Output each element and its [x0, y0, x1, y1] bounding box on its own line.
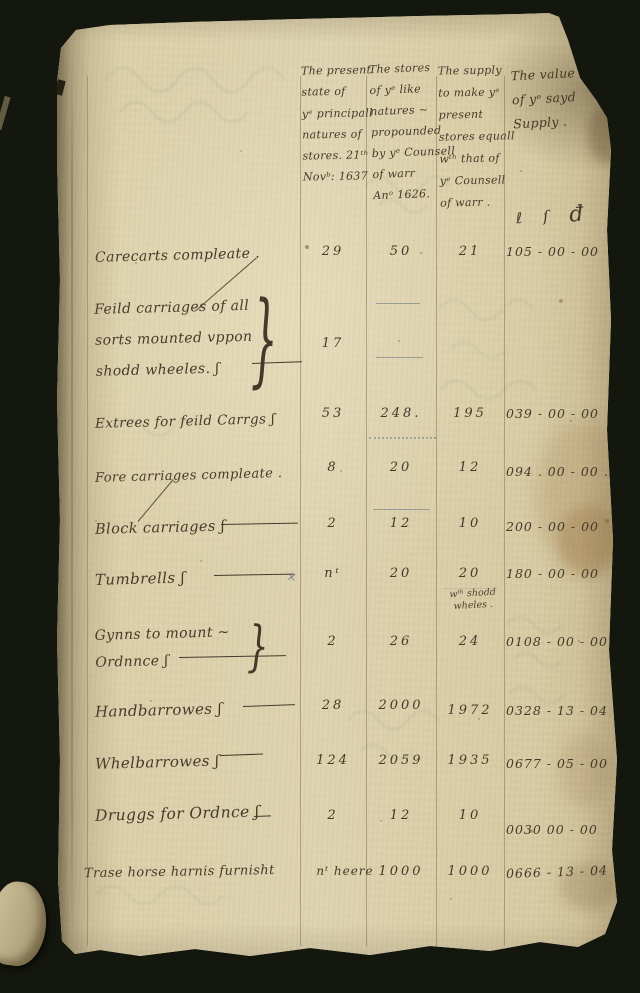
money-units: ℓ ſ đ — [515, 202, 584, 232]
facing-page-sliver — [0, 96, 11, 130]
table-row-trase-horse-harnis: Trase horse harnis furnisht nᵗ heere 100… — [0, 856, 640, 916]
header-line: yᵉ Counsell — [440, 169, 506, 192]
cell-stores-1626: 20 — [366, 460, 436, 475]
row-item-label: Fore carriages compleate . — [95, 457, 314, 494]
item-line: Handbarrowes ʃ — [95, 691, 314, 728]
shillings-symbol: ſ — [542, 207, 549, 225]
pence-symbol: đ — [568, 202, 584, 228]
header-line: Supply . — [513, 108, 606, 137]
manuscript-page: The present state of yᵉ principall natur… — [0, 0, 640, 993]
bleed-through-mark — [100, 50, 330, 134]
cell-stores-1626: 248. — [366, 406, 436, 421]
header-line: The supply — [438, 59, 504, 82]
pencil-dash — [443, 588, 499, 589]
cell-value: 0108 - 00 - 00 — [506, 634, 624, 649]
facing-page-corner — [0, 879, 51, 969]
cell-stores-1626: 2059 — [366, 753, 436, 768]
cell-value: 0677 - 05 - 00 — [506, 756, 624, 771]
table-row-gynns: Gynns to mount ~ Ordnnce ʃ 2 26 24 0108 … — [0, 620, 640, 700]
pencil-dash — [373, 509, 430, 510]
table-row-whelbarrowes: Whelbarrowes ʃ 124 2059 1935 0677 - 05 -… — [0, 746, 640, 806]
header-line: The stores — [368, 57, 435, 80]
item-line: Tumbrells ʃ — [95, 559, 314, 596]
cell-present-state: 8 — [300, 460, 366, 475]
table-row-carecarts: Carecarts compleate . 29 50 21 105 - 00 … — [0, 240, 640, 300]
cell-value: 0328 - 13 - 04 — [506, 703, 624, 718]
table-row-fore-carriages: Fore carriages compleate . 8 20 12 094 .… — [0, 456, 640, 516]
cell-value: 039 - 00 - 00 — [506, 406, 624, 421]
cell-stores-1626: 50 — [366, 244, 436, 259]
cell-stores-1626: 12 — [366, 808, 436, 823]
cell-supply: 1935 — [436, 753, 504, 768]
cell-value: 0030 00 - 00 — [506, 822, 624, 837]
row-item-label: Whelbarrowes ʃ — [95, 743, 314, 780]
item-line: Carecarts compleate . — [95, 237, 314, 274]
table-row-tumbrells: Tumbrells ʃ nᵗ 20 20 wᵗʰ shodd wheles . … — [0, 562, 640, 622]
row-item-label: Extrees for feild Carrgs ʃ — [95, 403, 314, 440]
row-item-label: Gynns to mount ~ Ordnnce ʃ — [94, 617, 313, 677]
item-line: shodd wheeles. ʃ — [95, 351, 314, 388]
cell-value: 105 - 00 - 00 — [506, 244, 624, 259]
cell-supply: 24 — [436, 634, 504, 649]
page-edge-tear — [54, 79, 65, 95]
table-row-extrees: Extrees for feild Carrgs ʃ 53 248. 195 0… — [0, 402, 640, 462]
header-line: wᵗʰ that of — [439, 147, 505, 170]
column-header-supply: The supply to make yᵉ present stores equ… — [438, 59, 507, 214]
cell-supply: 20 — [436, 566, 504, 581]
cell-supply: 21 — [436, 244, 504, 259]
cell-stores-1626: 2000 — [366, 698, 436, 713]
header-line: The value — [510, 60, 603, 89]
row-item-label: Druggs for Ordnce ʃ — [95, 795, 314, 832]
cell-present-state: 53 — [300, 406, 366, 421]
cell-present-state: 2 — [300, 808, 366, 823]
cell-stores-1626: 12 — [366, 516, 436, 531]
item-line: Fore carriages compleate . — [95, 457, 314, 494]
row-item-label: Carecarts compleate . — [95, 237, 314, 274]
paper-specks — [0, 0, 2, 2]
cell-supply: 10 — [436, 808, 504, 823]
header-line: of warr — [372, 162, 439, 185]
cell-stores-1626: 20 — [366, 566, 436, 581]
item-line: Block carriages ʃ — [95, 509, 314, 546]
cell-present-state: 2 — [300, 516, 366, 531]
note-line: wheles . — [438, 598, 509, 614]
binding-crease — [71, 60, 73, 940]
header-line: yᵉ principall — [302, 102, 366, 124]
cell-present-state: 124 — [300, 753, 366, 768]
table-row-handbarrowes: Handbarrowes ʃ 28 2000 1972 0328 - 13 - … — [0, 694, 640, 754]
item-line: Extrees for feild Carrgs ʃ — [95, 403, 314, 440]
column-header-value: The value of yᵉ sayd Supply . — [510, 60, 606, 137]
cell-supply: 12 — [436, 460, 504, 475]
header-line: of yᵉ like — [369, 78, 436, 101]
cell-supply-note: wᵗʰ shodd wheles . — [437, 586, 508, 614]
header-line: natures of — [302, 123, 366, 145]
pencil-dash — [369, 437, 436, 439]
cell-value: 094 . 00 - 00 . — [506, 464, 624, 479]
cell-supply: 1972 — [436, 703, 504, 718]
column-header-present-state: The present state of yᵉ principall natur… — [301, 59, 367, 188]
header-line: Anᵒ 1626. — [373, 183, 440, 206]
cell-stores-1626: 26 — [366, 634, 436, 649]
cell-present-state: 29 — [300, 244, 366, 259]
cell-stores-1626: 1000 — [366, 864, 436, 879]
header-line: natures ~ — [370, 99, 437, 122]
row-item-label: Handbarrowes ʃ — [95, 691, 314, 728]
header-line: The present — [301, 59, 365, 81]
row-item-label: Tumbrells ʃ — [95, 559, 314, 596]
header-line: to make yᵉ — [438, 81, 504, 104]
header-line: of warr . — [440, 191, 506, 214]
header-line: propounded — [371, 120, 438, 143]
item-line: Whelbarrowes ʃ — [95, 743, 314, 780]
header-line: stores. 21ᵗʰ — [302, 145, 366, 167]
table-row-druggs: Druggs for Ordnce ʃ 2 12 10 0030 00 - 00 — [0, 798, 640, 858]
header-line: present — [438, 103, 504, 126]
cell-present-state: 2 — [300, 634, 366, 649]
header-line: by yᵉ Counsell — [371, 141, 438, 164]
header-line: state of — [301, 81, 365, 103]
x-mark: × — [285, 569, 298, 585]
pounds-symbol: ℓ — [515, 209, 522, 227]
pencil-dash — [376, 303, 420, 304]
cell-present-state: 17 — [300, 336, 366, 351]
row-item-label: Block carriages ʃ — [95, 509, 314, 546]
table-row-feild-carriages: Feild carriages of all sorts mounted vpp… — [0, 292, 640, 402]
item-line: Ordnnce ʃ — [95, 644, 314, 677]
cell-value: 0666 - 13 - 04 — [506, 862, 624, 881]
header-line: stores equall — [439, 125, 505, 148]
column-header-stores-1626: The stores of yᵉ like natures ~ propound… — [368, 57, 439, 206]
cell-present-state: 28 — [300, 698, 366, 713]
cell-value: 180 - 00 - 00 — [506, 566, 624, 581]
pencil-dash — [376, 357, 423, 358]
cell-supply: 1000 — [436, 864, 504, 879]
cell-present-state: nᵗ — [300, 566, 366, 581]
cell-supply: 195 — [436, 406, 504, 421]
header-line: Novᵇ: 1637 — [303, 166, 367, 188]
cell-supply: 10 — [436, 516, 504, 531]
cell-value: 200 - 00 - 00 — [506, 519, 624, 534]
item-line: Druggs for Ordnce ʃ — [95, 795, 314, 832]
